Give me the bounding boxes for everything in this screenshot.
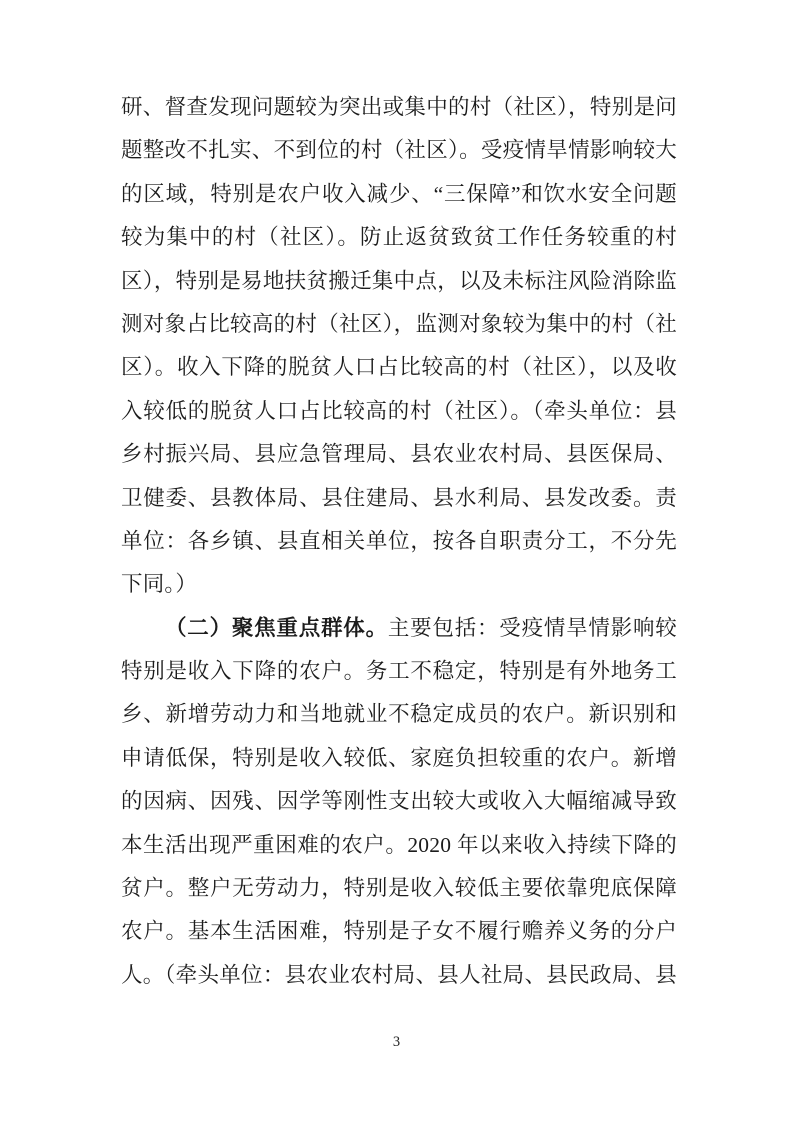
text-line: 申请低保，特别是收入较低、家庭负担较重的农户。新增加 (121, 737, 677, 780)
text-line: 的因病、因残、因学等刚性支出较大或收入大幅缩减导致基 (121, 780, 677, 823)
text-line: 较为集中的村（社区）。防止返贫致贫工作任务较重的村（社 (121, 216, 677, 259)
text-line: 乡村振兴局、县应急管理局、县农业农村局、县医保局、县 (121, 433, 677, 476)
text-line: 区）。收入下降的脱贫人口占比较高的村（社区），以及收 (121, 346, 677, 389)
text-line: （二）聚焦重点群体。主要包括：受疫情旱情影响较大， (121, 607, 677, 650)
text-block: 研、督查发现问题较为突出或集中的村（社区），特别是问 题整改不扎实、不到位的村（… (121, 86, 677, 997)
section-heading: （二）聚焦重点群体。 (165, 616, 388, 640)
text-line: 本生活出现严重困难的农户。2020 年以来收入持续下降的脱 (121, 824, 677, 867)
text-line: 区），特别是易地扶贫搬迁集中点，以及未标注风险消除监 (121, 260, 677, 303)
text-line: 的区域，特别是农户收入减少、“三保障”和饮水安全问题 (121, 173, 677, 216)
text-line: 入较低的脱贫人口占比较高的村（社区）。（牵头单位：县 (121, 390, 677, 433)
text-line: 研、督查发现问题较为突出或集中的村（社区），特别是问 (121, 86, 677, 129)
text-line: 乡、新增劳动力和当地就业不稳定成员的农户。新识别和新 (121, 693, 677, 736)
text-line: 特别是收入下降的农户。务工不稳定，特别是有外地务工返 (121, 650, 677, 693)
text-line: 单位：各乡镇、县直相关单位，按各自职责分工，不分先后， (121, 520, 677, 563)
text-line: 下同。） (121, 563, 677, 606)
text-line: 农户。基本生活困难，特别是子女不履行赡养义务的分户老 (121, 910, 677, 953)
text-line: 人。（牵头单位：县农业农村局、县人社局、县民政局、县 (121, 954, 677, 997)
text-line: 卫健委、县教体局、县住建局、县水利局、县发改委。责任 (121, 477, 677, 520)
text-line: 贫户。整户无劳动力，特别是收入较低主要依靠兜底保障的 (121, 867, 677, 910)
page-number: 3 (0, 1034, 793, 1051)
document-page: 研、督查发现问题较为突出或集中的村（社区），特别是问 题整改不扎实、不到位的村（… (0, 0, 793, 1122)
text-line: 测对象占比较高的村（社区），监测对象较为集中的村（社 (121, 303, 677, 346)
text-line: 题整改不扎实、不到位的村（社区）。受疫情旱情影响较大 (121, 129, 677, 172)
